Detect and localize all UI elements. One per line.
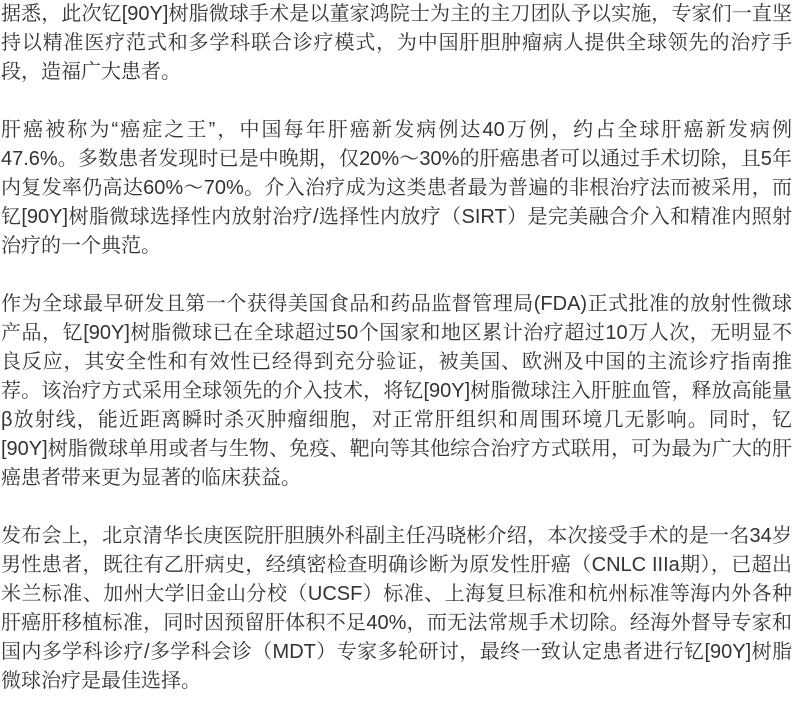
article-body: 据悉，此次钇[90Y]树脂微球手术是以董家鸿院士为主的主刀团队予以实施，专家们一… [0,0,800,696]
paragraph-patient-case: 发布会上，北京清华长庚医院肝胆胰外科副主任冯晓彬介绍，本次接受手术的是一名34岁… [1,522,792,696]
paragraph-liver-cancer-stats: 肝癌被称为“癌症之王”，中国每年肝癌新发病例达40万例，约占全球肝癌新发病例47… [1,116,792,261]
paragraph-surgery-team: 据悉，此次钇[90Y]树脂微球手术是以董家鸿院士为主的主刀团队予以实施，专家们一… [1,0,792,87]
paragraph-microsphere-product: 作为全球最早研发且第一个获得美国食品和药品监督管理局(FDA)正式批准的放射性微… [1,290,792,493]
